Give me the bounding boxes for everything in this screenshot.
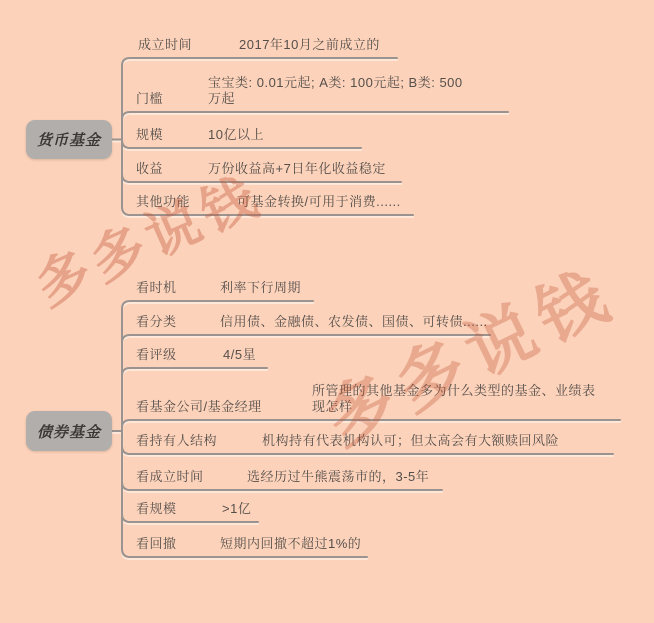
branch-value: 所管理的其他基金多为什么类型的基金、业绩表 xyxy=(312,383,596,399)
branch-value: 可基金转换/可用于消费...... xyxy=(237,194,401,210)
branch-label[interactable]: 成立时间 xyxy=(138,37,192,53)
branch-label[interactable]: 其他功能 xyxy=(136,194,190,210)
branch-value: 选经历过牛熊震荡市的，3-5年 xyxy=(247,469,429,485)
topic-node-money-fund[interactable]: 货币基金 xyxy=(26,120,112,159)
branch-label[interactable]: 看评级 xyxy=(136,347,177,363)
branch-value: 机构持有代表机构认可；但太高会有大额赎回风险 xyxy=(262,433,559,449)
branch-value: 现怎样 xyxy=(312,399,353,415)
branch-label[interactable]: 看时机 xyxy=(136,280,177,296)
branch-value: >1亿 xyxy=(222,501,251,517)
branch-label[interactable]: 看成立时间 xyxy=(136,469,204,485)
branch-value: 10亿以上 xyxy=(208,127,264,143)
branch-value: 4/5星 xyxy=(223,347,256,363)
branch-value: 宝宝类: 0.01元起; A类: 100元起; B类: 500 xyxy=(208,75,463,91)
branch-value: 2017年10月之前成立的 xyxy=(239,37,380,53)
branch-label[interactable]: 看回撤 xyxy=(136,536,177,552)
branch-value: 万起 xyxy=(208,91,235,107)
branch-value: 短期内回撤不超过1%的 xyxy=(220,536,361,552)
branch-label[interactable]: 看持有人结构 xyxy=(136,433,217,449)
branch-value: 利率下行周期 xyxy=(220,280,301,296)
branch-value: 信用债、金融债、农发债、国债、可转债...... xyxy=(220,314,488,330)
branch-label[interactable]: 看基金公司/基金经理 xyxy=(136,399,262,415)
branch-label[interactable]: 收益 xyxy=(136,161,163,177)
branch-label[interactable]: 规模 xyxy=(136,127,163,143)
branch-value: 万份收益高+7日年化收益稳定 xyxy=(208,161,386,177)
topic-node-bond-fund[interactable]: 债券基金 xyxy=(26,411,112,451)
mindmap-canvas: 成立时间2017年10月之前成立的门槛宝宝类: 0.01元起; A类: 100元… xyxy=(0,0,654,623)
branch-label[interactable]: 门槛 xyxy=(136,91,163,107)
connector-lines xyxy=(0,0,654,623)
branch-label[interactable]: 看分类 xyxy=(136,314,177,330)
branch-label[interactable]: 看规模 xyxy=(136,501,177,517)
